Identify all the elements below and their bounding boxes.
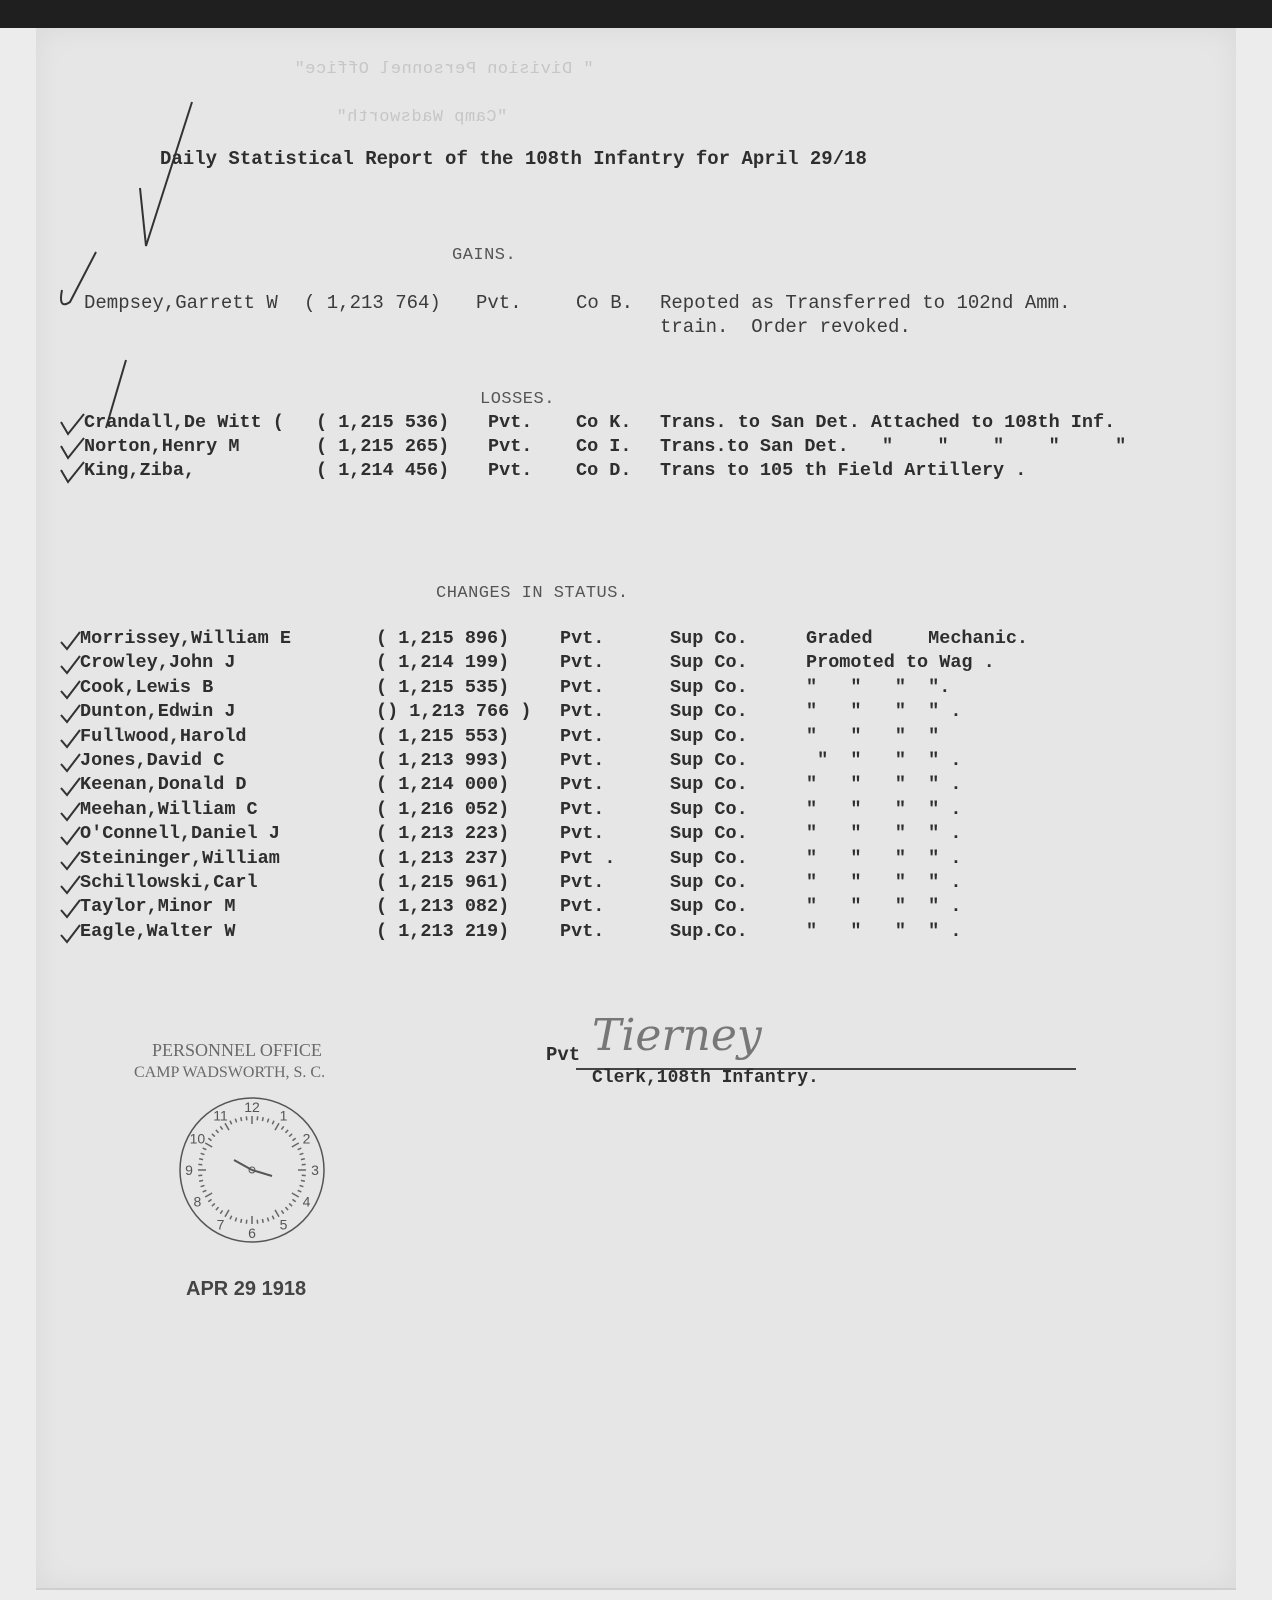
changes-name: Eagle,Walter W — [80, 921, 235, 942]
changes-name: Steininger,William — [80, 848, 280, 869]
stamp-office-line: PERSONNEL OFFICE — [152, 1040, 322, 1061]
svg-text:8: 8 — [194, 1194, 202, 1210]
losses-remark: Trans.to San Det. " " " " " — [660, 436, 1126, 457]
changes-remark: " " " " . — [806, 701, 961, 722]
losses-heading: LOSSES. — [480, 390, 555, 409]
losses-name: King,Ziba, — [84, 460, 195, 481]
checkmark-icon — [58, 801, 82, 823]
checkmark-icon — [58, 923, 82, 945]
bleed-through-line-1: " Division Personnel Office" — [294, 60, 594, 79]
changes-remark: " " " " . — [806, 823, 961, 844]
svg-text:12: 12 — [244, 1099, 260, 1115]
stamp-date: APR 29 1918 — [186, 1278, 306, 1301]
changes-serial: ( 1,216 052) — [376, 799, 509, 820]
changes-remark: " " " ". — [806, 677, 950, 698]
changes-rank: Pvt . — [560, 848, 616, 869]
losses-rank: Pvt. — [488, 436, 532, 457]
gains-serial: ( 1,213 764) — [304, 292, 441, 314]
changes-name: Taylor,Minor M — [80, 896, 235, 917]
changes-rank: Pvt. — [560, 896, 604, 917]
changes-serial: ( 1,215 553) — [376, 726, 509, 747]
changes-serial: ( 1,215 896) — [376, 628, 509, 649]
stamp-camp-line: CAMP WADSWORTH, S. C. — [134, 1064, 325, 1082]
changes-rank: Pvt. — [560, 872, 604, 893]
losses-rank: Pvt. — [488, 460, 532, 481]
svg-text:9: 9 — [185, 1162, 193, 1178]
changes-serial: ( 1,215 961) — [376, 872, 509, 893]
losses-serial: ( 1,215 265) — [316, 436, 449, 457]
losses-remark: Trans to 105 th Field Artillery . — [660, 460, 1026, 481]
checkmark-icon — [58, 752, 82, 774]
changes-company: Sup.Co. — [670, 921, 748, 942]
changes-name: O'Connell,Daniel J — [80, 823, 280, 844]
changes-name: Dunton,Edwin J — [80, 701, 235, 722]
svg-text:5: 5 — [280, 1217, 288, 1233]
changes-serial: ( 1,215 535) — [376, 677, 509, 698]
checkmark-icon — [58, 679, 82, 701]
checkmark-icon — [58, 412, 86, 438]
changes-name: Morrissey,William E — [80, 628, 291, 649]
clock-stamp-icon: 121234567891011 — [172, 1090, 332, 1250]
losses-remark: Trans. to San Det. Attached to 108th Inf… — [660, 412, 1115, 433]
losses-serial: ( 1,215 536) — [316, 412, 449, 433]
report-title: Daily Statistical Report of the 108th In… — [160, 148, 867, 170]
changes-name: Schillowski,Carl — [80, 872, 258, 893]
changes-name: Meehan,William C — [80, 799, 258, 820]
changes-remark: " " " " . — [806, 774, 961, 795]
changes-company: Sup Co. — [670, 823, 748, 844]
losses-company: Co I. — [576, 436, 632, 457]
changes-rank: Pvt. — [560, 750, 604, 771]
gains-name: Dempsey,Garrett W — [84, 292, 278, 314]
changes-remark: " " " " . — [806, 896, 961, 917]
signature-rank: Pvt — [546, 1044, 580, 1066]
checkmark-icon — [58, 703, 82, 725]
document-page: " Division Personnel Office" "Camp Wadsw… — [36, 28, 1236, 1590]
changes-name: Keenan,Donald D — [80, 774, 247, 795]
changes-company: Sup Co. — [670, 652, 748, 673]
losses-company: Co K. — [576, 412, 632, 433]
losses-name: Crandall,De Witt ( — [84, 412, 284, 433]
losses-company: Co D. — [576, 460, 632, 481]
changes-rank: Pvt. — [560, 677, 604, 698]
changes-serial: ( 1,213 219) — [376, 921, 509, 942]
losses-serial: ( 1,214 456) — [316, 460, 449, 481]
gains-company: Co B. — [576, 292, 633, 314]
changes-heading: CHANGES IN STATUS. — [436, 584, 629, 603]
changes-company: Sup Co. — [670, 677, 748, 698]
changes-rank: Pvt. — [560, 726, 604, 747]
svg-text:6: 6 — [248, 1225, 256, 1241]
gains-rank: Pvt. — [476, 292, 522, 314]
changes-serial: ( 1,214 000) — [376, 774, 509, 795]
changes-serial: () 1,213 766 ) — [376, 701, 531, 722]
checkmark-icon — [58, 825, 82, 847]
checkmark-icon — [58, 630, 82, 652]
changes-company: Sup Co. — [670, 726, 748, 747]
changes-company: Sup Co. — [670, 774, 748, 795]
changes-remark: " " " " . — [806, 848, 961, 869]
bleed-through-line-2: "Camp Wadsworth" — [336, 108, 507, 127]
checkmark-icon — [58, 728, 82, 750]
changes-rank: Pvt. — [560, 652, 604, 673]
changes-company: Sup Co. — [670, 872, 748, 893]
changes-remark: " " " " . — [806, 750, 961, 771]
gains-remark-line-1: Repoted as Transferred to 102nd Amm. — [660, 292, 1070, 314]
changes-remark: Promoted to Wag . — [806, 652, 995, 673]
changes-rank: Pvt. — [560, 774, 604, 795]
changes-rank: Pvt. — [560, 628, 604, 649]
changes-name: Fullwood,Harold — [80, 726, 247, 747]
gains-heading: GAINS. — [452, 246, 516, 265]
changes-remark: " " " " . — [806, 921, 961, 942]
changes-company: Sup Co. — [670, 848, 748, 869]
checkmark-icon — [58, 850, 82, 872]
svg-text:10: 10 — [190, 1131, 206, 1147]
changes-serial: ( 1,214 199) — [376, 652, 509, 673]
signature-caption: Clerk,108th Infantry. — [592, 1068, 819, 1088]
changes-name: Crowley,John J — [80, 652, 235, 673]
changes-serial: ( 1,213 082) — [376, 896, 509, 917]
changes-company: Sup Co. — [670, 628, 748, 649]
checkmark-icon — [58, 898, 82, 920]
changes-serial: ( 1,213 223) — [376, 823, 509, 844]
scan-border — [0, 0, 1272, 28]
changes-remark: Graded Mechanic. — [806, 628, 1028, 649]
svg-text:1: 1 — [280, 1107, 288, 1123]
svg-text:7: 7 — [217, 1217, 225, 1233]
changes-name: Jones,David C — [80, 750, 224, 771]
changes-serial: ( 1,213 993) — [376, 750, 509, 771]
changes-rank: Pvt. — [560, 799, 604, 820]
changes-remark: " " " " . — [806, 872, 961, 893]
changes-company: Sup Co. — [670, 799, 748, 820]
svg-text:4: 4 — [303, 1194, 311, 1210]
svg-text:2: 2 — [303, 1131, 311, 1147]
changes-rank: Pvt. — [560, 701, 604, 722]
losses-name: Norton,Henry M — [84, 436, 239, 457]
handwritten-signature: Tierney — [592, 1010, 762, 1061]
checkmark-icon — [58, 776, 82, 798]
svg-text:3: 3 — [311, 1162, 319, 1178]
checkmark-icon — [58, 874, 82, 896]
checkmark-icon — [58, 654, 82, 676]
changes-remark: " " " " . — [806, 799, 961, 820]
changes-company: Sup Co. — [670, 896, 748, 917]
changes-rank: Pvt. — [560, 823, 604, 844]
changes-company: Sup Co. — [670, 750, 748, 771]
changes-rank: Pvt. — [560, 921, 604, 942]
checkmark-icon — [58, 460, 86, 486]
gains-remark-line-2: train. Order revoked. — [660, 316, 911, 338]
changes-company: Sup Co. — [670, 701, 748, 722]
changes-remark: " " " " — [806, 726, 939, 747]
svg-text:11: 11 — [213, 1107, 228, 1123]
changes-serial: ( 1,213 237) — [376, 848, 509, 869]
changes-name: Cook,Lewis B — [80, 677, 213, 698]
checkmark-icon — [132, 98, 202, 248]
losses-rank: Pvt. — [488, 412, 532, 433]
checkmark-icon — [58, 436, 86, 462]
